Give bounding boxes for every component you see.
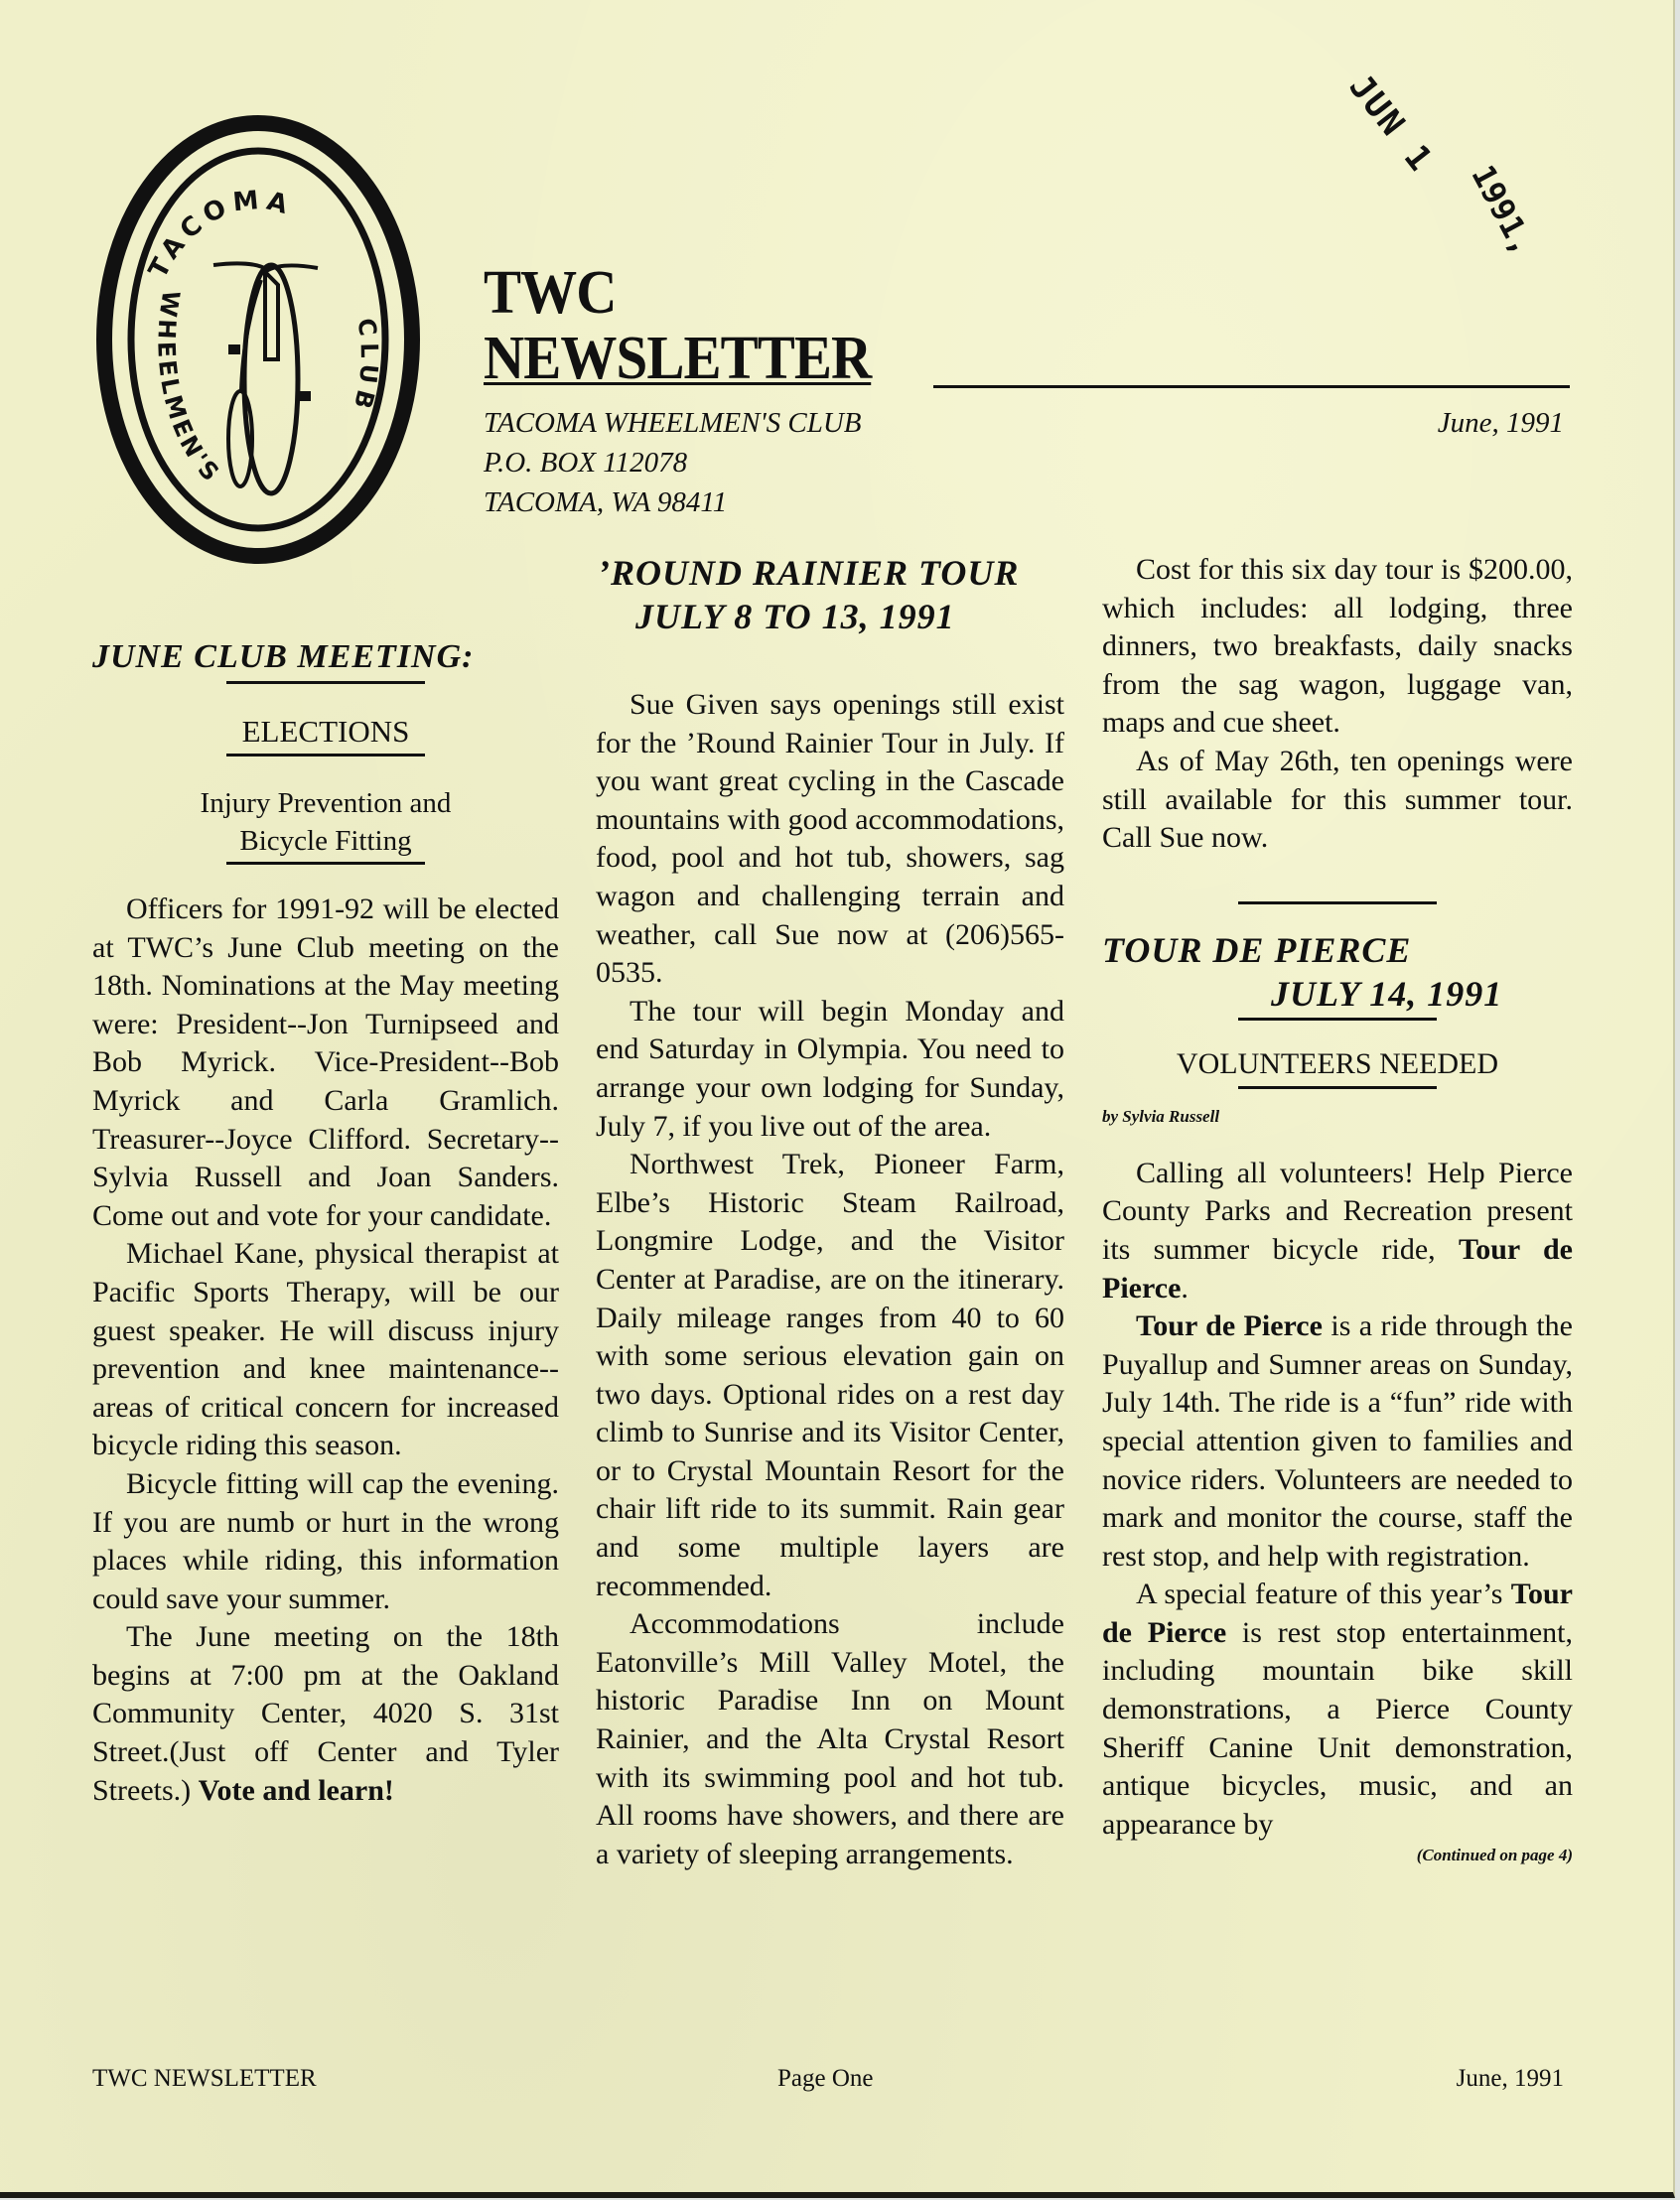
topic-line-1: Injury Prevention and: [92, 784, 559, 822]
masthead-rule: [933, 385, 1570, 388]
column-three: Cost for this six day tour is $200.00, w…: [1102, 551, 1573, 1867]
issue-date: June, 1991: [1438, 403, 1564, 443]
paragraph: Northwest Trek, Pioneer Farm, Elbe’s His…: [596, 1146, 1064, 1605]
paragraph-text: is rest stop entertainment, including mo…: [1102, 1616, 1573, 1841]
article-subheading: ELECTIONS: [92, 712, 559, 752]
paragraph: Sue Given says openings still exist for …: [596, 686, 1064, 993]
article-subheading: VOLUNTEERS NEEDED: [1102, 1044, 1573, 1084]
subheading-rule: [1238, 1086, 1437, 1089]
paragraph: Accommodations include Eatonville’s Mill…: [596, 1605, 1064, 1873]
paragraph: Calling all volunteers! Help Pierce Coun…: [1102, 1155, 1573, 1307]
topic-line-2: Bicycle Fitting: [92, 822, 559, 860]
article-heading-line-2: JULY 8 TO 13, 1991: [635, 595, 1064, 638]
masthead-address: TACOMA WHEELMEN'S CLUB P.O. BOX 112078 T…: [484, 403, 862, 522]
article-heading-line-2: JULY 14, 1991: [1271, 972, 1573, 1016]
paragraph: Cost for this six day tour is $200.00, w…: [1102, 551, 1573, 743]
paragraph-text: .: [1181, 1272, 1189, 1305]
paragraph: Bicycle fitting will cap the evening. If…: [92, 1465, 559, 1618]
po-box: P.O. BOX 112078: [484, 443, 862, 482]
paragraph-text: is a ride through the Puyallup and Sumne…: [1102, 1309, 1573, 1573]
paragraph: The June meeting on the 18th begins at 7…: [92, 1618, 559, 1810]
footer-date: June, 1991: [1457, 2064, 1564, 2094]
received-date-stamp: JUN 1: [1340, 68, 1441, 180]
heading-rule: [1238, 1018, 1437, 1021]
byline: by Sylvia Russell: [1102, 1105, 1573, 1129]
org-name: TACOMA WHEELMEN'S CLUB: [484, 403, 862, 443]
paragraph: The tour will begin Monday and end Satur…: [596, 993, 1064, 1146]
article-heading: JUNE CLUB MEETING:: [92, 635, 559, 679]
newsletter-page: JUN 1 1991, TACOMA WHEELMEN'S CLUB: [0, 0, 1675, 2198]
newsletter-title: TWC NEWSLETTER: [484, 260, 871, 391]
footer-page-number: Page One: [777, 2064, 874, 2094]
subheading-rule: [226, 754, 425, 756]
article-round-rainier-tour: ’ROUND RAINIER TOUR JULY 8 TO 13, 1991 S…: [596, 551, 1064, 1873]
title-line-1: TWC: [484, 259, 617, 327]
paragraph: Michael Kane, physical therapist at Paci…: [92, 1235, 559, 1465]
heading-rule: [226, 681, 425, 684]
topic-rule: [226, 862, 425, 865]
paragraph: Officers for 1991-92 will be elected at …: [92, 891, 559, 1235]
paragraph-text: A special feature of this year’s: [1136, 1578, 1511, 1610]
paragraph: Tour de Pierce is a ride through the Puy…: [1102, 1307, 1573, 1576]
continued-notice: (Continued on page 4): [1102, 1844, 1573, 1867]
title-line-2: NEWSLETTER: [484, 326, 871, 391]
paragraph: A special feature of this year’s Tour de…: [1102, 1576, 1573, 1844]
event-name: Tour de Pierce: [1136, 1309, 1323, 1342]
paragraph: As of May 26th, ten openings were still …: [1102, 743, 1573, 858]
article-heading-line-1: TOUR DE PIERCE: [1102, 928, 1573, 972]
penny-farthing-bicycle-icon: TACOMA WHEELMEN'S CLUB: [94, 111, 422, 568]
article-heading-line-1: ’ROUND RAINIER TOUR: [598, 551, 1064, 595]
city-state-zip: TACOMA, WA 98411: [484, 482, 862, 522]
article-june-club-meeting: JUNE CLUB MEETING: ELECTIONS Injury Prev…: [92, 635, 559, 1810]
club-logo: TACOMA WHEELMEN'S CLUB: [94, 111, 422, 568]
footer-left: TWC NEWSLETTER: [92, 2064, 317, 2094]
section-divider: [1238, 901, 1437, 904]
call-to-action: Vote and learn!: [199, 1774, 394, 1807]
received-date-stamp-year: 1991,: [1464, 159, 1542, 261]
